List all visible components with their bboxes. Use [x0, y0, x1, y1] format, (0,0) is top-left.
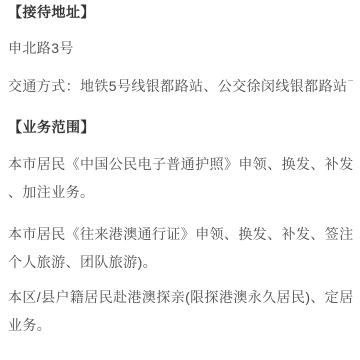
- paragraph-family-visit-settlement: 本区/县户籍居民赴港澳探亲(限探港澳永久居民)、定居 业务。: [8, 283, 353, 339]
- hkmacau-permit-line-2: 个人旅游、团队旅游)。: [8, 248, 353, 276]
- family-visit-line-1: 本区/县户籍居民赴港澳探亲(限探港澳永久居民)、定居: [8, 283, 353, 311]
- paragraph-passport-services: 本市居民《中国公民电子普通护照》申领、换发、补发 、加注业务。: [8, 150, 353, 206]
- section-title-reception-address: 【接待地址】: [8, 5, 353, 20]
- paragraph-address: 申北路3号: [8, 34, 353, 62]
- family-visit-line-2: 业务。: [8, 311, 353, 339]
- section-title-business-scope: 【业务范围】: [8, 120, 353, 135]
- paragraph-transportation: 交通方式：地铁5号线银都路站、公交徐闵线银都路站下: [8, 72, 353, 100]
- address-text: 申北路3号: [8, 34, 353, 62]
- hkmacau-permit-line-1: 本市居民《往来港澳通行证》申领、换发、补发、签注(: [8, 220, 353, 248]
- section-business-scope: 【业务范围】 本市居民《中国公民电子普通护照》申领、换发、补发 、加注业务。 本…: [8, 120, 353, 339]
- paragraph-hkmacau-permit-services: 本市居民《往来港澳通行证》申领、换发、补发、签注( 个人旅游、团队旅游)。: [8, 220, 353, 276]
- section-reception-address: 【接待地址】 申北路3号 交通方式：地铁5号线银都路站、公交徐闵线银都路站下: [8, 5, 353, 100]
- passport-services-line-2: 、加注业务。: [8, 178, 353, 206]
- transportation-text: 交通方式：地铁5号线银都路站、公交徐闵线银都路站下: [8, 72, 353, 100]
- service-info-page: 【接待地址】 申北路3号 交通方式：地铁5号线银都路站、公交徐闵线银都路站下 【…: [0, 0, 360, 360]
- passport-services-line-1: 本市居民《中国公民电子普通护照》申领、换发、补发: [8, 150, 353, 178]
